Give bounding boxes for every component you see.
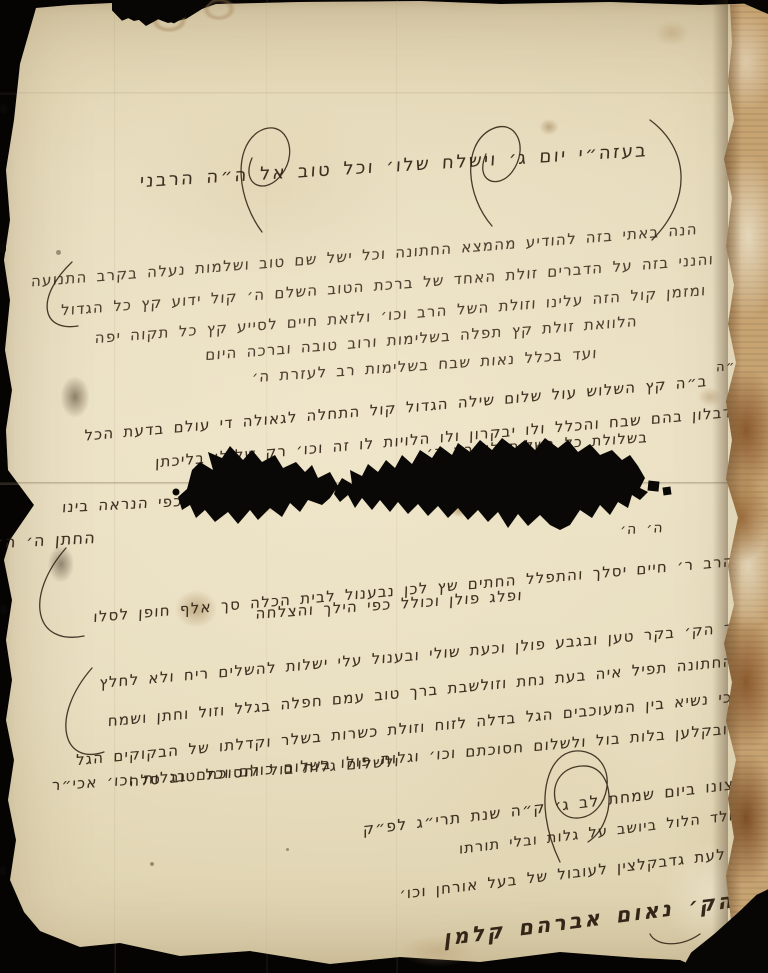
ink-fleck bbox=[56, 250, 61, 255]
manuscript-scan: בעזה״י יום ג׳ וישלח שלו׳ וכל טוב אל ה״ה … bbox=[0, 0, 768, 973]
edge-fleck bbox=[0, 244, 6, 253]
edge-fleck bbox=[0, 104, 7, 114]
edge-fleck bbox=[0, 866, 6, 875]
handwritten-fragment: ה׳ ה׳ bbox=[620, 520, 665, 538]
fold-crease-vertical bbox=[114, 0, 116, 973]
binding-shadow bbox=[712, 0, 728, 973]
edge-fleck bbox=[0, 604, 7, 615]
ink-fleck bbox=[286, 848, 289, 851]
ink-fleck bbox=[150, 862, 154, 866]
fold-crease-horizontal bbox=[0, 92, 768, 95]
fold-crease-horizontal bbox=[0, 482, 768, 485]
fold-crease-vertical bbox=[266, 0, 268, 973]
